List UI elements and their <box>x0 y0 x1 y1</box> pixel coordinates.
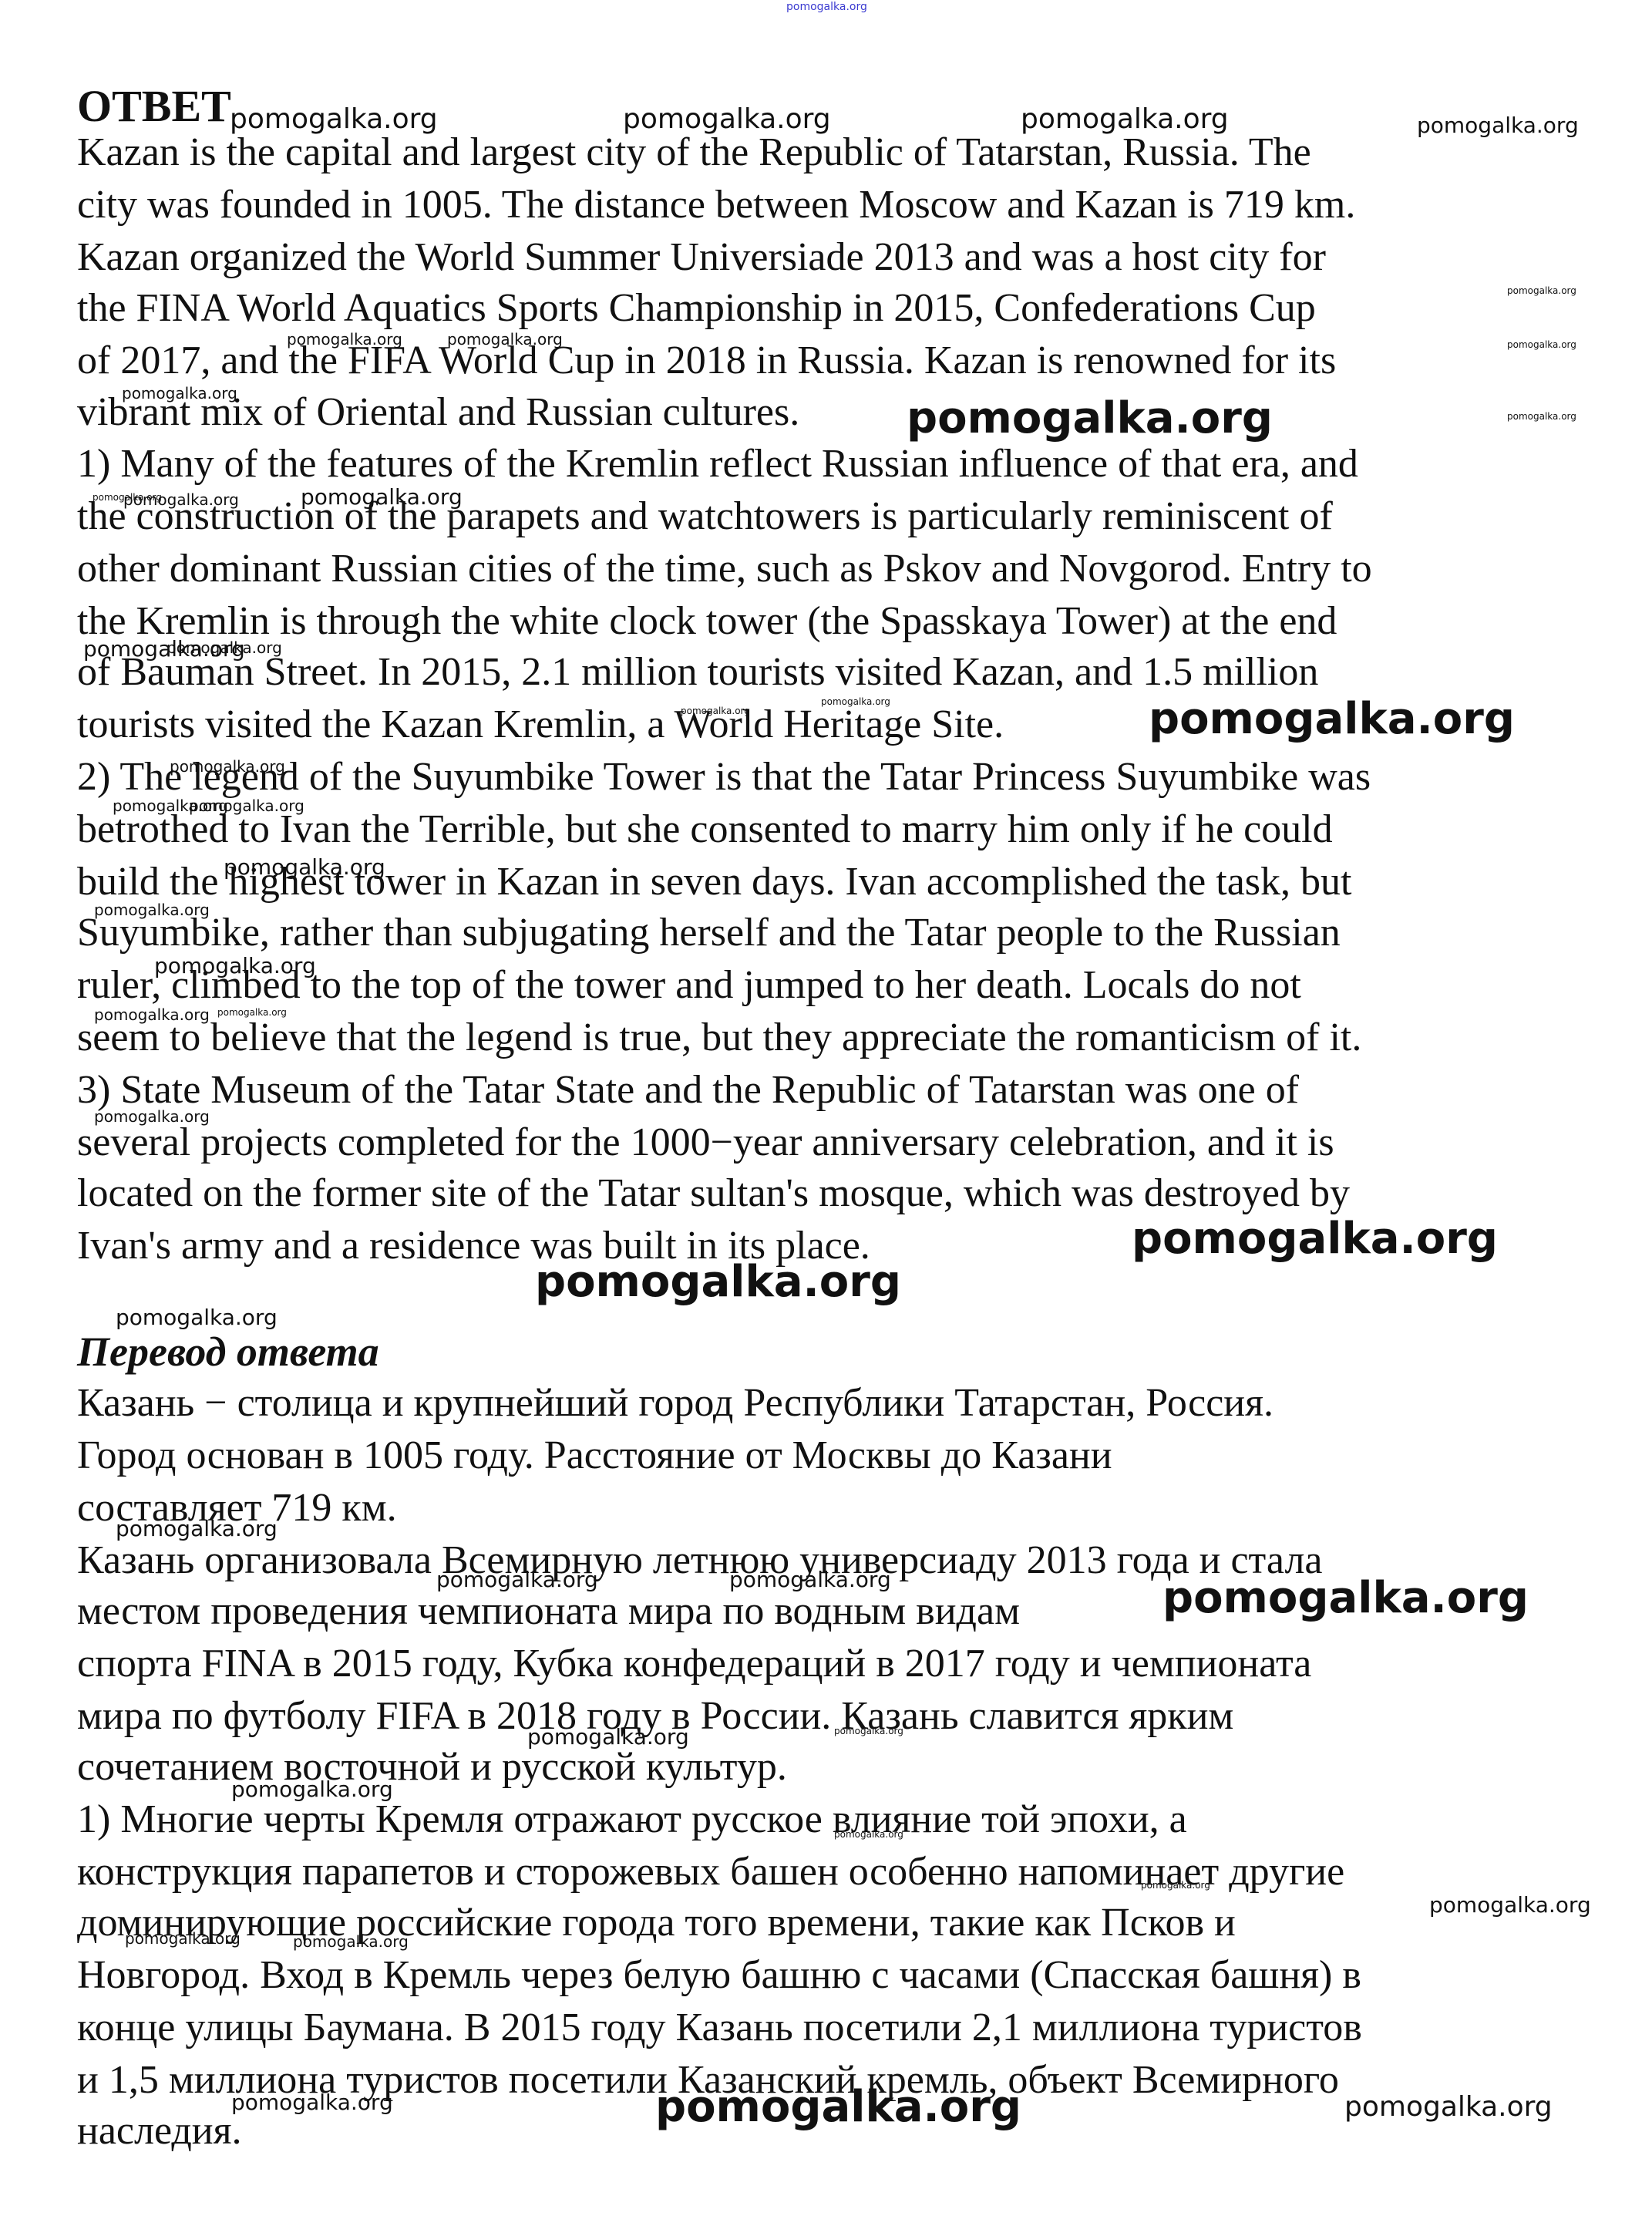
watermark: pomogalka.org <box>1162 1573 1529 1623</box>
watermark: pomogalka.org <box>1021 103 1229 135</box>
answer-heading: ОТВЕТ <box>77 80 231 132</box>
watermark: pomogalka.org <box>123 490 239 509</box>
watermark: pomogalka.org <box>94 1005 210 1024</box>
translation-line: конце улицы Баумана. В 2015 году Казань … <box>77 2005 1362 2051</box>
watermark: pomogalka.org <box>834 1726 903 1736</box>
watermark: pomogalka.org <box>535 1257 901 1307</box>
translation-line: местом проведения чемпионата мира по вод… <box>77 1588 1020 1635</box>
translation-line: наследия. <box>77 2108 242 2154</box>
watermark: pomogalka.org <box>217 1007 287 1018</box>
answer-line: the FINA World Aquatics Sports Champions… <box>77 285 1316 332</box>
watermark: pomogalka.org <box>1507 411 1576 422</box>
watermark: pomogalka.org <box>116 1305 278 1330</box>
answer-line: Suyumbike, rather than subjugating herse… <box>77 910 1341 956</box>
watermark: pomogalka.org <box>154 953 316 978</box>
answer-line: city was founded in 1005. The distance b… <box>77 182 1355 228</box>
watermark: pomogalka.org <box>1344 2091 1553 2123</box>
watermark: pomogalka.org <box>167 638 282 657</box>
answer-line: 3) State Museum of the Tatar State and t… <box>77 1067 1299 1113</box>
translation-line: сочетанием восточной и русской культур. <box>77 1744 787 1790</box>
translation-line: Казань − столица и крупнейший город Респ… <box>77 1380 1273 1426</box>
watermark: pomogalka.org <box>94 901 210 919</box>
answer-line: Kazan is the capital and largest city of… <box>77 130 1311 176</box>
watermark: pomogalka.org <box>729 1567 891 1592</box>
translation-line: Город основан в 1005 году. Расстояние от… <box>77 1433 1112 1479</box>
answer-line: other dominant Russian cities of the tim… <box>77 546 1372 592</box>
watermark: pomogalka.org <box>623 103 831 135</box>
watermark: pomogalka.org <box>293 1932 409 1951</box>
translation-line: доминирующие российские города того врем… <box>77 1900 1236 1946</box>
translation-heading: Перевод ответа <box>77 1328 379 1376</box>
watermark: pomogalka.org <box>287 330 402 349</box>
watermark: pomogalka.org <box>1417 113 1579 138</box>
watermark: pomogalka.org <box>231 2090 393 2115</box>
answer-line: located on the former site of the Tatar … <box>77 1170 1350 1217</box>
translation-line: спорта FINA в 2015 году, Кубка конфедера… <box>77 1641 1311 1687</box>
watermark: pomogalka.org <box>170 757 285 776</box>
watermark: pomogalka.org <box>447 330 563 349</box>
watermark: pomogalka.org <box>1132 1214 1498 1264</box>
watermark: pomogalka.org <box>1429 1892 1591 1918</box>
watermark: pomogalka.org <box>655 2082 1021 2132</box>
watermark: pomogalka.org <box>527 1724 689 1750</box>
translation-line: Казань организовала Всемирную летнюю уни… <box>77 1538 1322 1584</box>
translation-line: Новгород. Вход в Кремль через белую башн… <box>77 1952 1361 1999</box>
answer-line: the construction of the parapets and wat… <box>77 493 1333 540</box>
watermark: pomogalka.org <box>94 1107 210 1126</box>
watermark: pomogalka.org <box>1141 1880 1210 1891</box>
watermark: pomogalka.org <box>1507 285 1576 296</box>
watermark: pomogalka.org <box>436 1567 598 1592</box>
site-link[interactable]: pomogalka.org <box>786 1 867 13</box>
translation-line: 1) Многие черты Кремля отражают русское … <box>77 1797 1187 1843</box>
answer-line: of 2017, and the FIFA World Cup in 2018 … <box>77 338 1336 384</box>
watermark: pomogalka.org <box>189 797 304 815</box>
answer-line: the Kremlin is through the white clock t… <box>77 598 1337 645</box>
answer-line: seem to believe that the legend is true,… <box>77 1015 1361 1061</box>
answer-line: several projects completed for the 1000−… <box>77 1120 1334 1166</box>
watermark: pomogalka.org <box>301 484 463 510</box>
watermark: pomogalka.org <box>907 393 1273 443</box>
watermark: pomogalka.org <box>1507 339 1576 350</box>
watermark: pomogalka.org <box>681 706 750 716</box>
watermark: pomogalka.org <box>834 1829 903 1840</box>
watermark: pomogalka.org <box>231 1777 393 1802</box>
watermark: pomogalka.org <box>125 1929 241 1948</box>
watermark: pomogalka.org <box>1149 694 1515 744</box>
watermark: pomogalka.org <box>230 103 438 135</box>
watermark: pomogalka.org <box>116 1516 278 1541</box>
answer-line: Kazan organized the World Summer Univers… <box>77 234 1326 281</box>
watermark: pomogalka.org <box>224 854 385 880</box>
answer-line: 1) Many of the features of the Kremlin r… <box>77 441 1358 487</box>
watermark: pomogalka.org <box>821 696 890 707</box>
answer-line: tourists visited the Kazan Kremlin, a Wo… <box>77 702 1004 748</box>
watermark: pomogalka.org <box>122 384 237 402</box>
